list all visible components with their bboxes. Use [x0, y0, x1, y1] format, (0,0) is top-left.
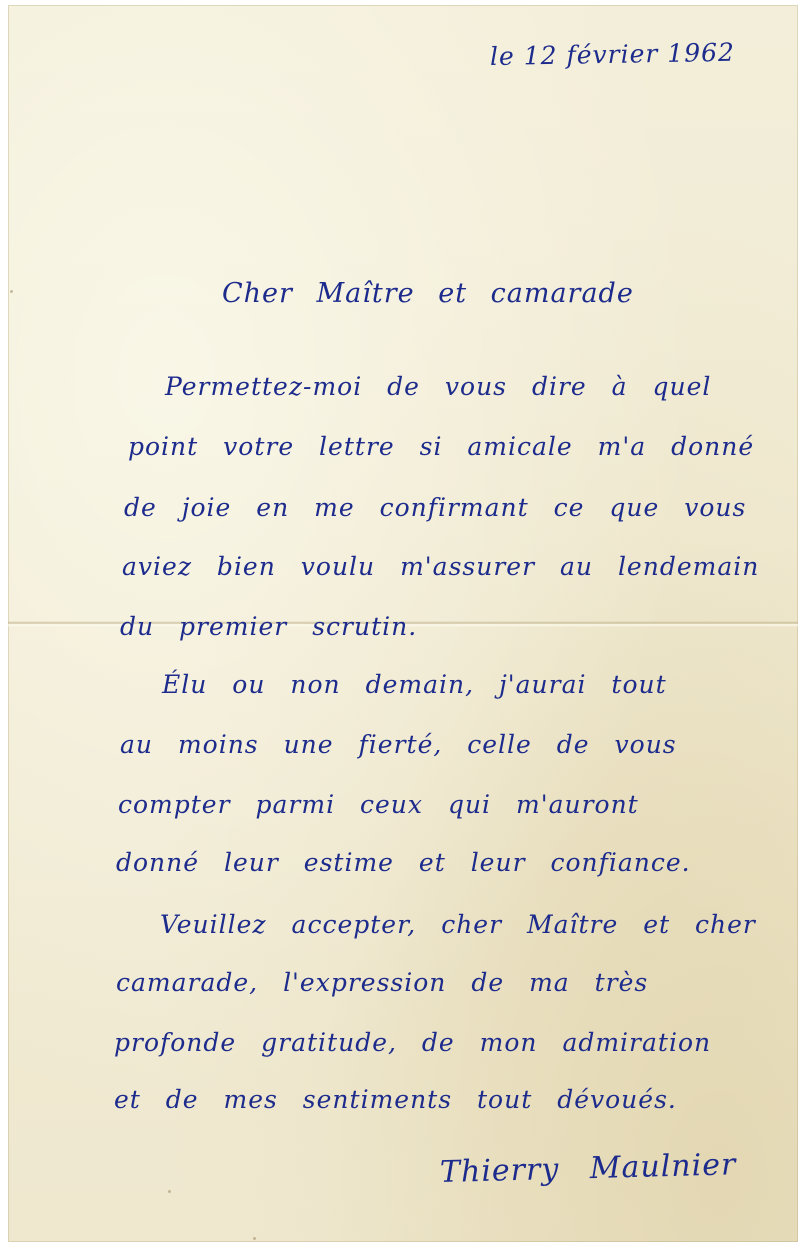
paper-speck — [10, 290, 13, 293]
letter-line: du premier scrutin. — [120, 612, 417, 641]
letter-line: Permettez-moi de vous dire à quel — [165, 372, 711, 401]
letter-line: Élu ou non demain, j'aurai tout — [162, 670, 667, 699]
letter-salutation: Cher Maître et camarade — [222, 278, 634, 309]
paper-speck — [168, 1190, 171, 1193]
letter-line: de joie en me confirmant ce que vous — [124, 493, 746, 522]
letter-line: au moins une fierté, celle de vous — [120, 730, 677, 759]
letter-line: donné leur estime et leur confiance. — [116, 848, 691, 877]
letter-line: aviez bien voulu m'assurer au lendemain — [122, 552, 759, 581]
letter-line: Veuillez accepter, cher Maître et cher — [160, 910, 756, 939]
letter-line: camarade, l'expression de ma très — [116, 968, 648, 997]
letter-line: point votre lettre si amicale m'a donné — [128, 432, 754, 461]
letter-line: compter parmi ceux qui m'auront — [118, 790, 639, 819]
paper-speck — [253, 1237, 256, 1240]
letter-date: le 12 février 1962 — [490, 38, 735, 71]
letter-line: profonde gratitude, de mon admiration — [114, 1028, 711, 1057]
letter-line: et de mes sentiments tout dévoués. — [114, 1085, 677, 1114]
